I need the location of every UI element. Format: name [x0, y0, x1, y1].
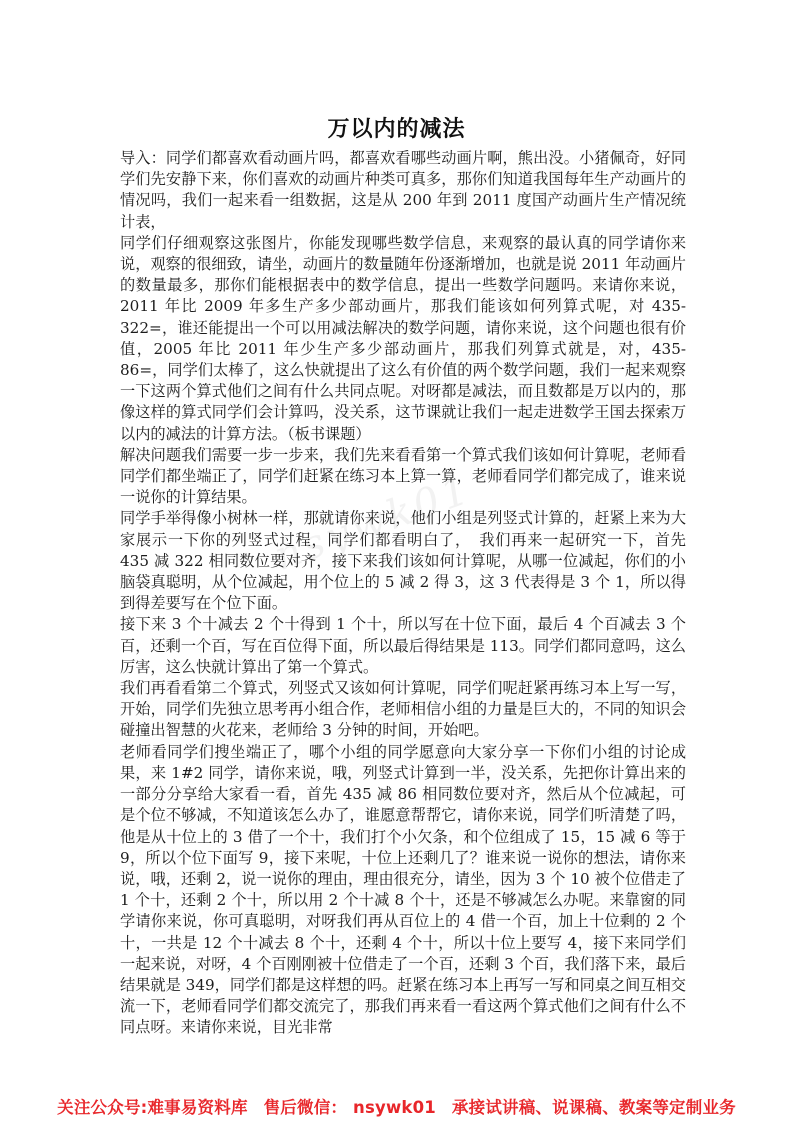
- document-body: 导入：同学们都喜欢看动画片吗，都喜欢看哪些动画片啊，熊出没。小猪佩奇，好同学们先…: [120, 148, 686, 1039]
- footer-after-sales-wechat: 售后微信： nsywk01: [264, 1098, 436, 1117]
- document-page: nsywk01 万以内的减法 导入：同学们都喜欢看动画片吗，都喜欢看哪些动画片啊…: [0, 0, 793, 1122]
- footer-custom-services: 承接试讲稿、说课稿、教案等定制业务: [452, 1098, 736, 1117]
- paragraph-intro: 导入：同学们都喜欢看动画片吗，都喜欢看哪些动画片啊，熊出没。小猪佩奇，好同学们先…: [120, 148, 686, 233]
- paragraph-observation: 同学们仔细观察这张图片，你能发现哪些数学信息，来观察的最认真的同学请你来说，观察…: [120, 233, 686, 445]
- paragraph-second-result: 老师看同学们搜坐端正了，哪个小组的同学愿意向大家分享一下你们小组的讨论成果，来 …: [120, 742, 686, 1039]
- paragraph-first-equation: 同学手举得像小树林一样，那就请你来说，他们小组是列竖式计算的，赶紧上来为大家展示…: [120, 508, 686, 614]
- footer-banner: 关注公众号:难事易资料库 售后微信： nsywk01 承接试讲稿、说课稿、教案等…: [0, 1094, 793, 1122]
- document-title: 万以内的减法: [0, 114, 793, 146]
- paragraph-first-result: 接下来 3 个十减去 2 个十得到 1 个十，所以写在十位下面，最后 4 个百减…: [120, 614, 686, 678]
- footer-wechat-account: 关注公众号:难事易资料库: [57, 1098, 248, 1117]
- paragraph-solve-step: 解决问题我们需要一步一步来，我们先来看看第一个算式我们该如何计算呢，老师看同学们…: [120, 445, 686, 509]
- paragraph-second-equation: 我们再看看第二个算式，列竖式又该如何计算呢，同学们呢赶紧再练习本上写一写，开始，…: [120, 678, 686, 742]
